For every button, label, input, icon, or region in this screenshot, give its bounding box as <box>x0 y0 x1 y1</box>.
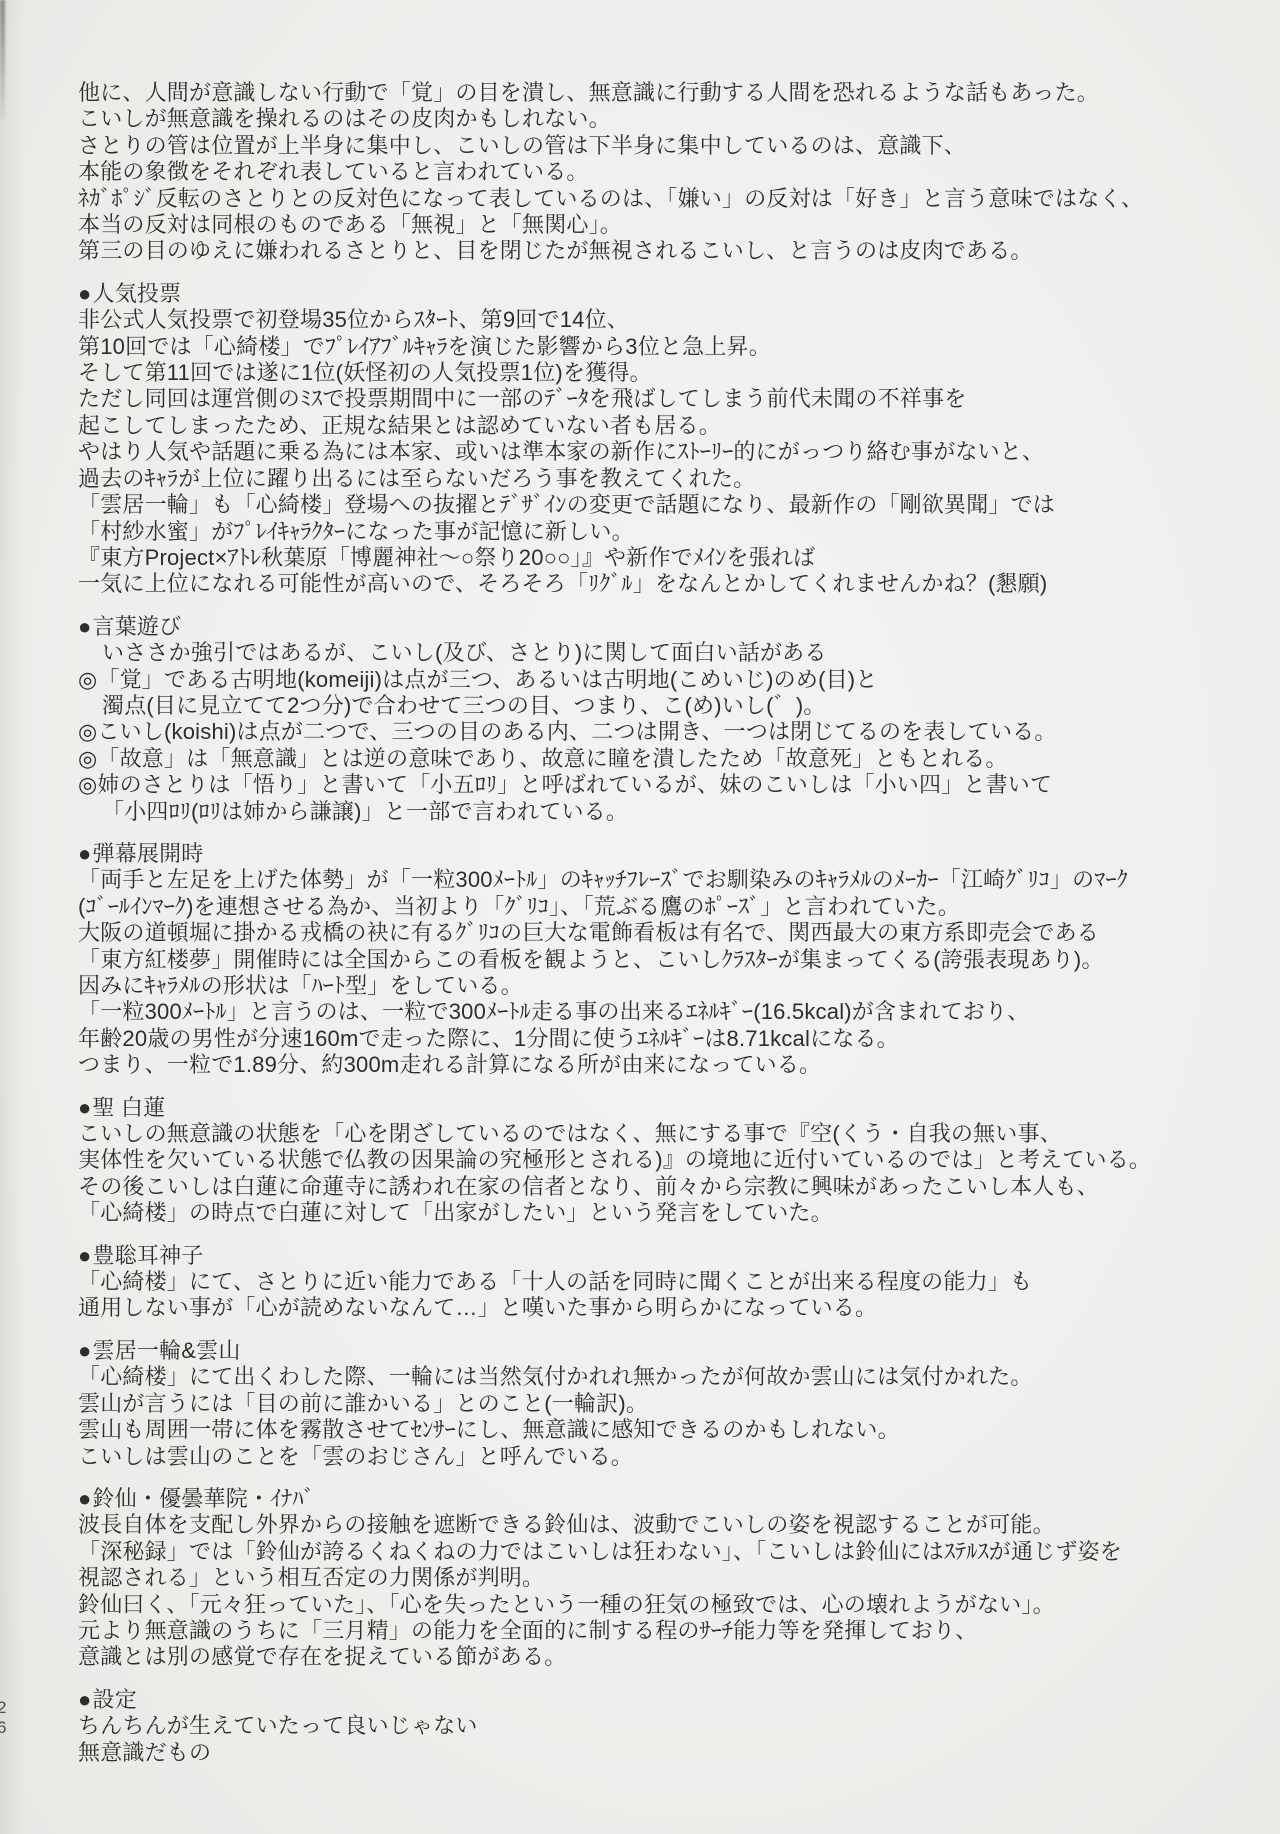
bullet-icon: ● <box>78 1486 92 1511</box>
text-line: 大阪の道頓堀に掛かる戎橋の袂に有るｸﾞﾘｺの巨大な電飾看板は有名で、関西最大の東… <box>78 920 1268 946</box>
text-line: こいしの無意識の状態を「心を閉ざしているのではなく、無にする事で『空(くう・自我… <box>78 1121 1268 1147</box>
text-line: 本能の象徴をそれぞれ表していると言われている。 <box>78 159 1268 185</box>
section-heading: ●豊聡耳神子 <box>78 1243 1268 1269</box>
bullet-icon: ● <box>78 614 92 639</box>
text-line: ◎「覚」である古明地(komeiji)は点が三つ、あるいは古明地(こめいじ)のめ… <box>78 667 1268 693</box>
text-line: こいしは雲山のことを「雲のおじさん」と呼んでいる。 <box>78 1444 1268 1470</box>
text-line: 第三の目のゆえに嫌われるさとりと、目を閉じたが無視されるこいし、と言うのは皮肉で… <box>78 238 1268 264</box>
text-line: 過去のｷｬﾗが上位に躍り出るには至らないだろう事を教えてくれた。 <box>78 466 1268 492</box>
text-line: こいしが無意識を操れるのはその皮肉かもしれない。 <box>78 106 1268 132</box>
bullet-icon: ● <box>78 841 92 866</box>
text-line: 「心綺楼」にて、さとりに近い能力である「十人の話を同時に聞くことが出来る程度の能… <box>78 1269 1268 1295</box>
text-line: ◎こいし(koishi)は点が二つで、三つの目のある内、二つは開き、一つは閉じて… <box>78 719 1268 745</box>
text-line: 「小四ﾛﾘ(ﾛﾘは姉から謙譲)」と一部で言われている。 <box>78 799 1268 825</box>
scan-left-shade <box>0 0 26 1834</box>
text-line: ◎姉のさとりは「悟り」と書いて「小五ﾛﾘ」と呼ばれているが、妹のこいしは「小い四… <box>78 772 1268 798</box>
scan-edge-artifact <box>0 0 5 120</box>
section-heading-label: 言葉遊び <box>93 614 182 639</box>
section-heading-label: 設定 <box>93 1687 137 1712</box>
section: ●豊聡耳神子「心綺楼」にて、さとりに近い能力である「十人の話を同時に聞くことが出… <box>78 1243 1268 1322</box>
bullet-icon: ● <box>78 1338 92 1363</box>
section-heading: ●設定 <box>78 1687 1268 1713</box>
text-line: 波長自体を支配し外界からの接触を遮断できる鈴仙は、波動でこいしの姿を視認すること… <box>78 1512 1268 1538</box>
text-line: いささか強引ではあるが、こいし(及び、さとり)に関して面白い話がある <box>78 640 1268 666</box>
text-line: 「心綺楼」の時点で白蓮に対して「出家がしたい」という発言をしていた。 <box>78 1200 1268 1226</box>
page-number: 26 <box>0 1698 10 1738</box>
text-line: 意識とは別の感覚で存在を捉えている節がある。 <box>78 1644 1268 1670</box>
section-heading-label: 雲居一輪&雲山 <box>93 1338 241 1363</box>
page-content: 他に、人間が意識しない行動で「覚」の目を潰し、無意識に行動する人間を恐れるような… <box>78 80 1268 1766</box>
text-line: 因みにｷｬﾗﾒﾙの形状は「ﾊｰﾄ型」をしている。 <box>78 973 1268 999</box>
text-line: 濁点(目に見立てて2つ分)で合わせて三つの目、つまり、こ(め)いし(゛)。 <box>78 693 1268 719</box>
text-line: 一気に上位になれる可能性が高いので、そろそろ「ﾘｸﾞﾙ」をなんとかしてくれません… <box>78 571 1268 597</box>
section-heading-label: 豊聡耳神子 <box>93 1243 204 1268</box>
bullet-icon: ● <box>78 1243 92 1268</box>
section: ●言葉遊びいささか強引ではあるが、こいし(及び、さとり)に関して面白い話がある◎… <box>78 614 1268 825</box>
text-line: 「心綺楼」にて出くわした際、一輪には当然気付かれれ無かったが何故か雲山には気付か… <box>78 1364 1268 1390</box>
section-heading: ●人気投票 <box>78 281 1268 307</box>
text-line: 「深秘録」では「鈴仙が誇るくねくねの力ではこいしは狂わない」、「こいしは鈴仙には… <box>78 1539 1268 1565</box>
bullet-icon: ● <box>78 281 92 306</box>
text-line: 「村紗水蜜」がﾌﾟﾚｲｷｬﾗｸﾀｰになった事が記憶に新しい。 <box>78 519 1268 545</box>
text-line: そして第11回では遂に1位(妖怪初の人気投票1位)を獲得。 <box>78 360 1268 386</box>
text-line: さとりの管は位置が上半身に集中し、こいしの管は下半身に集中しているのは、意識下、 <box>78 133 1268 159</box>
text-line: 「一粒300ﾒｰﾄﾙ」と言うのは、一粒で300ﾒｰﾄﾙ走る事の出来るｴﾈﾙｷﾞｰ… <box>78 999 1268 1025</box>
text-line: ただし同回は運営側のﾐｽで投票期間中に一部のﾃﾞｰﾀを飛ばしてしまう前代未聞の不… <box>78 386 1268 412</box>
bullet-icon: ● <box>78 1687 92 1712</box>
text-line: 他に、人間が意識しない行動で「覚」の目を潰し、無意識に行動する人間を恐れるような… <box>78 80 1268 106</box>
section: ●人気投票非公式人気投票で初登場35位からｽﾀｰﾄ、第9回で14位、第10回では… <box>78 281 1268 598</box>
text-line: 「雲居一輪」も「心綺楼」登場への抜擢とﾃﾞｻﾞｲﾝの変更で話題になり、最新作の「… <box>78 492 1268 518</box>
text-line: 本当の反対は同根のものである「無視」と「無関心」。 <box>78 212 1268 238</box>
text-line: 通用しない事が「心が読めないなんて…」と嘆いた事から明らかになっている。 <box>78 1295 1268 1321</box>
text-line: ﾈｶﾞﾎﾟｼﾞ反転のさとりとの反対色になって表しているのは、「嫌い」の反対は「好… <box>78 186 1268 212</box>
text-line: やはり人気や話題に乗る為には本家、或いは準本家の新作にｽﾄｰﾘｰ的にがっつり絡む… <box>78 439 1268 465</box>
text-line: 視認される」という相互否定の力関係が判明。 <box>78 1565 1268 1591</box>
text-line: 雲山が言うには「目の前に誰かいる」とのこと(一輪訳)。 <box>78 1391 1268 1417</box>
text-line: 雲山も周囲一帯に体を霧散させてｾﾝｻｰにし、無意識に感知できるのかもしれない。 <box>78 1417 1268 1443</box>
text-line: 『東方Project×ｱﾄﾚ秋葉原「博麗神社～○祭り20○○」』や新作でﾒｲﾝを… <box>78 545 1268 571</box>
text-line: (ｺﾞｰﾙｲﾝﾏｰｸ)を連想させる為か、当初より「ｸﾞﾘｺ」、「荒ぶる鷹のﾎﾟｰ… <box>78 894 1268 920</box>
section-heading-label: 聖 白蓮 <box>93 1095 166 1120</box>
section-heading-label: 鈴仙・優曇華院・ｲﾅﾊﾞ <box>93 1486 315 1511</box>
section-heading: ●聖 白蓮 <box>78 1095 1268 1121</box>
section-heading-label: 弾幕展開時 <box>93 841 204 866</box>
section: ●鈴仙・優曇華院・ｲﾅﾊﾞ波長自体を支配し外界からの接触を遮断できる鈴仙は、波動… <box>78 1486 1268 1671</box>
text-line: 元より無意識のうちに「三月精」の能力を全面的に制する程のｻｰﾁ能力等を発揮してお… <box>78 1618 1268 1644</box>
section-heading: ●雲居一輪&雲山 <box>78 1338 1268 1364</box>
text-line: つまり、一粒で1.89分、約300m走れる計算になる所が由来になっている。 <box>78 1052 1268 1078</box>
section: ●聖 白蓮こいしの無意識の状態を「心を閉ざしているのではなく、無にする事で『空(… <box>78 1095 1268 1227</box>
text-line: 「両手と左足を上げた体勢」が「一粒300ﾒｰﾄﾙ」のｷｬｯﾁﾌﾚｰｽﾞでお馴染み… <box>78 867 1268 893</box>
section: ●雲居一輪&雲山「心綺楼」にて出くわした際、一輪には当然気付かれれ無かったが何故… <box>78 1338 1268 1470</box>
section-heading-label: 人気投票 <box>93 281 182 306</box>
text-line: 起こしてしまったため、正規な結果とは認めていない者も居る。 <box>78 413 1268 439</box>
text-line: 「東方紅楼夢」開催時には全国からこの看板を観ようと、こいしｸﾗｽﾀｰが集まってく… <box>78 947 1268 973</box>
text-line: ちんちんが生えていたって良いじゃない <box>78 1713 1268 1739</box>
section: 他に、人間が意識しない行動で「覚」の目を潰し、無意識に行動する人間を恐れるような… <box>78 80 1268 265</box>
text-line: 非公式人気投票で初登場35位からｽﾀｰﾄ、第9回で14位、 <box>78 307 1268 333</box>
section: ●設定ちんちんが生えていたって良いじゃない無意識だもの <box>78 1687 1268 1766</box>
text-line: その後こいしは白蓮に命蓮寺に誘われ在家の信者となり、前々から宗教に興味があったこ… <box>78 1174 1268 1200</box>
section-heading: ●弾幕展開時 <box>78 841 1268 867</box>
text-line: 実体性を欠いている状態で仏教の因果論の究極形とされる)』の境地に近付いているので… <box>78 1147 1268 1173</box>
text-line: 無意識だもの <box>78 1740 1268 1766</box>
text-line: 鈴仙曰く、「元々狂っていた」、「心を失ったという一種の狂気の極致では、心の壊れよ… <box>78 1592 1268 1618</box>
section-heading: ●言葉遊び <box>78 614 1268 640</box>
bullet-icon: ● <box>78 1095 92 1120</box>
section-heading: ●鈴仙・優曇華院・ｲﾅﾊﾞ <box>78 1486 1268 1512</box>
section: ●弾幕展開時「両手と左足を上げた体勢」が「一粒300ﾒｰﾄﾙ」のｷｬｯﾁﾌﾚｰｽ… <box>78 841 1268 1079</box>
text-line: 年齢20歳の男性が分速160mで走った際に、1分間に使うｴﾈﾙｷﾞｰは8.71k… <box>78 1026 1268 1052</box>
text-line: 第10回では「心綺楼」でﾌﾟﾚｲｱﾌﾞﾙｷｬﾗを演じた影響から3位と急上昇。 <box>78 334 1268 360</box>
text-line: ◎「故意」は「無意識」とは逆の意味であり、故意に瞳を潰したため「故意死」ともとれ… <box>78 746 1268 772</box>
